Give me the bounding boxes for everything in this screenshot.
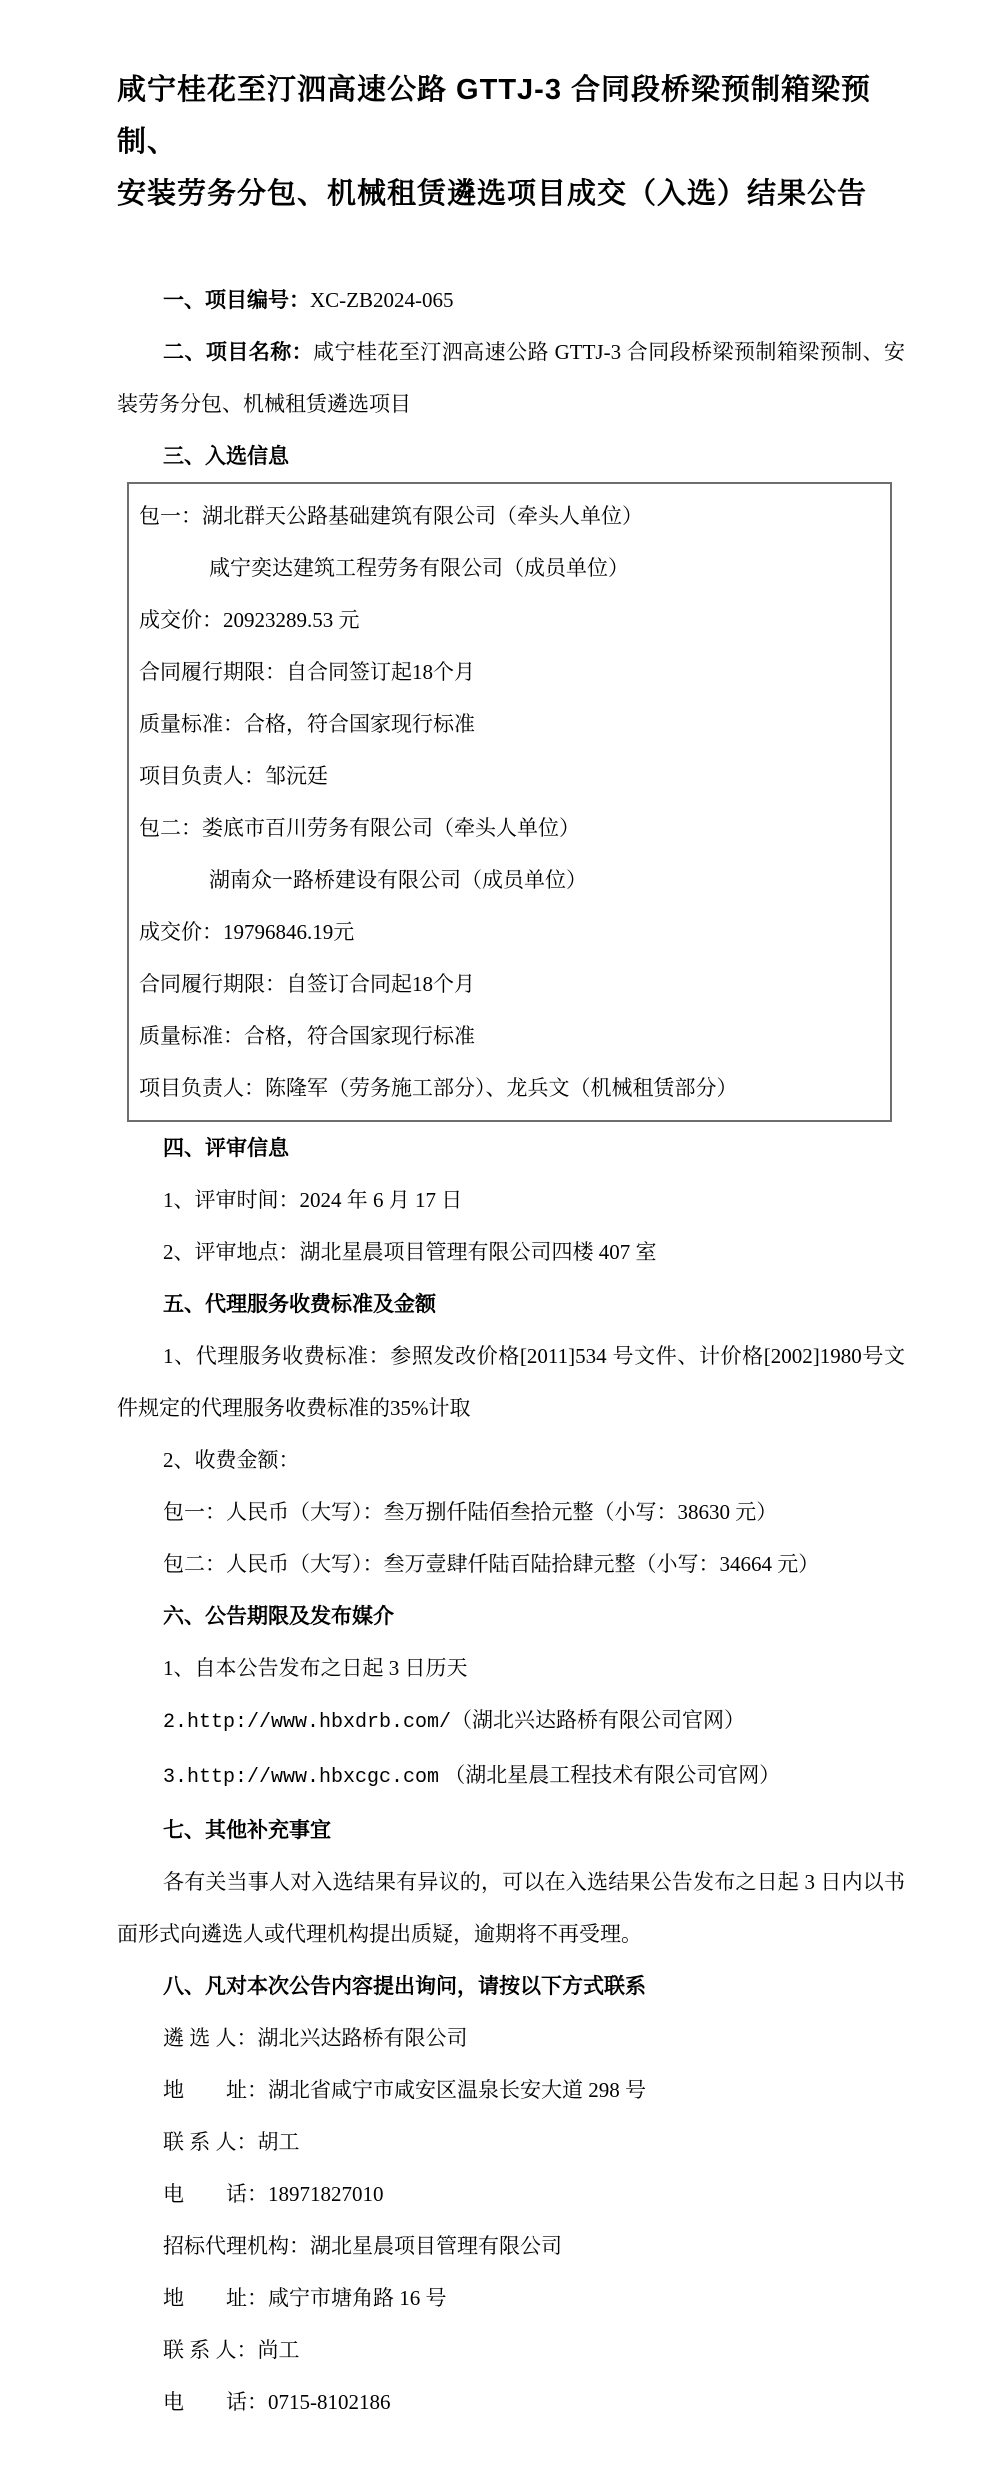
- fee-amount-label-line: 2、收费金额：: [117, 1434, 905, 1486]
- selector-contact-line: 联 系 人：胡工: [117, 2116, 905, 2168]
- other-heading: 七、其他补充事宜: [117, 1804, 905, 1856]
- lot2-term-line: 合同履行期限：自签订合同起18个月: [139, 958, 882, 1010]
- lot1-price-line: 成交价：20923289.53 元: [139, 594, 882, 646]
- contact-heading: 八、凡对本次公告内容提出询问，请按以下方式联系: [117, 1960, 905, 2012]
- fee-standard-line: 1、代理服务收费标准：参照发改价格[2011]534 号文件、计价格[2002]…: [117, 1330, 905, 1434]
- selector-address-line: 地 址：湖北省咸宁市咸安区温泉长安大道 298 号: [117, 2064, 905, 2116]
- selection-heading: 三、入选信息: [117, 430, 905, 482]
- lot2-price-line: 成交价：19796846.19元: [139, 906, 882, 958]
- project-number-value: XC-ZB2024-065: [310, 288, 454, 312]
- fee-lot1-line: 包一：人民币（大写）：叁万捌仟陆佰叁拾元整（小写：38630 元）: [117, 1486, 905, 1538]
- media-site3-url: 3.http://www.hbxcgc.com: [163, 1766, 439, 1789]
- review-heading: 四、评审信息: [117, 1122, 905, 1174]
- lot2-lead-line: 包二：娄底市百川劳务有限公司（牵头人单位）: [139, 802, 882, 854]
- title-line-2: 安装劳务分包、机械租赁遴选项目成交（入选）结果公告: [117, 168, 905, 220]
- agent-phone-line: 电 话：0715-8102186: [117, 2376, 905, 2428]
- agent-contact-line: 联 系 人：尚工: [117, 2324, 905, 2376]
- media-site2-name: （湖北兴达路桥有限公司官网）: [451, 1708, 745, 1732]
- review-place-line: 2、评审地点：湖北星晨项目管理有限公司四楼 407 室: [117, 1226, 905, 1278]
- lot1-quality-line: 质量标准：合格，符合国家现行标准: [139, 698, 882, 750]
- lot2-quality-line: 质量标准：合格，符合国家现行标准: [139, 1010, 882, 1062]
- media-heading: 六、公告期限及发布媒介: [117, 1590, 905, 1642]
- media-site3-line: 3.http://www.hbxcgc.com （湖北星晨工程技术有限公司官网）: [117, 1749, 905, 1804]
- project-number-label: 一、项目编号：: [163, 288, 310, 312]
- fee-heading: 五、代理服务收费标准及金额: [117, 1278, 905, 1330]
- title-line-1: 咸宁桂花至汀泗高速公路 GTTJ-3 合同段桥梁预制箱梁预制、: [117, 64, 905, 168]
- lot2-member-line: 湖南众一路桥建设有限公司（成员单位）: [139, 854, 882, 906]
- media-period-line: 1、自本公告发布之日起 3 日历天: [117, 1642, 905, 1694]
- lot1-manager-line: 项目负责人：邹沅廷: [139, 750, 882, 802]
- project-name-line: 二、项目名称：咸宁桂花至汀泗高速公路 GTTJ-3 合同段桥梁预制箱梁预制、安装…: [117, 326, 905, 430]
- other-text-line: 各有关当事人对入选结果有异议的，可以在入选结果公告发布之日起 3 日内以书面形式…: [117, 1856, 905, 1960]
- announcement-document: 咸宁桂花至汀泗高速公路 GTTJ-3 合同段桥梁预制箱梁预制、 安装劳务分包、机…: [0, 0, 1000, 2481]
- lot1-lead-line: 包一：湖北群天公路基础建筑有限公司（牵头人单位）: [139, 490, 882, 542]
- lot1-term-line: 合同履行期限：自合同签订起18个月: [139, 646, 882, 698]
- media-site2-line: 2.http://www.hbxdrb.com/（湖北兴达路桥有限公司官网）: [117, 1694, 905, 1749]
- agent-name-line: 招标代理机构：湖北星晨项目管理有限公司: [117, 2220, 905, 2272]
- fee-lot2-line: 包二：人民币（大写）：叁万壹肆仟陆百陆拾肆元整（小写：34664 元）: [117, 1538, 905, 1590]
- selector-name-line: 遴 选 人：湖北兴达路桥有限公司: [117, 2012, 905, 2064]
- lot2-manager-line: 项目负责人：陈隆军（劳务施工部分）、龙兵文（机械租赁部分）: [139, 1062, 882, 1114]
- page-title: 咸宁桂花至汀泗高速公路 GTTJ-3 合同段桥梁预制箱梁预制、 安装劳务分包、机…: [117, 64, 905, 220]
- media-site3-name: （湖北星晨工程技术有限公司官网）: [439, 1763, 780, 1787]
- agent-address-line: 地 址：咸宁市塘角路 16 号: [117, 2272, 905, 2324]
- selector-phone-line: 电 话：18971827010: [117, 2168, 905, 2220]
- project-name-label: 二、项目名称：: [163, 340, 313, 364]
- project-number-line: 一、项目编号：XC-ZB2024-065: [117, 274, 905, 326]
- selection-info-box: 包一：湖北群天公路基础建筑有限公司（牵头人单位） 咸宁奕达建筑工程劳务有限公司（…: [127, 482, 892, 1122]
- media-site2-url: 2.http://www.hbxdrb.com/: [163, 1711, 451, 1734]
- lot1-member-line: 咸宁奕达建筑工程劳务有限公司（成员单位）: [139, 542, 882, 594]
- review-time-line: 1、评审时间：2024 年 6 月 17 日: [117, 1174, 905, 1226]
